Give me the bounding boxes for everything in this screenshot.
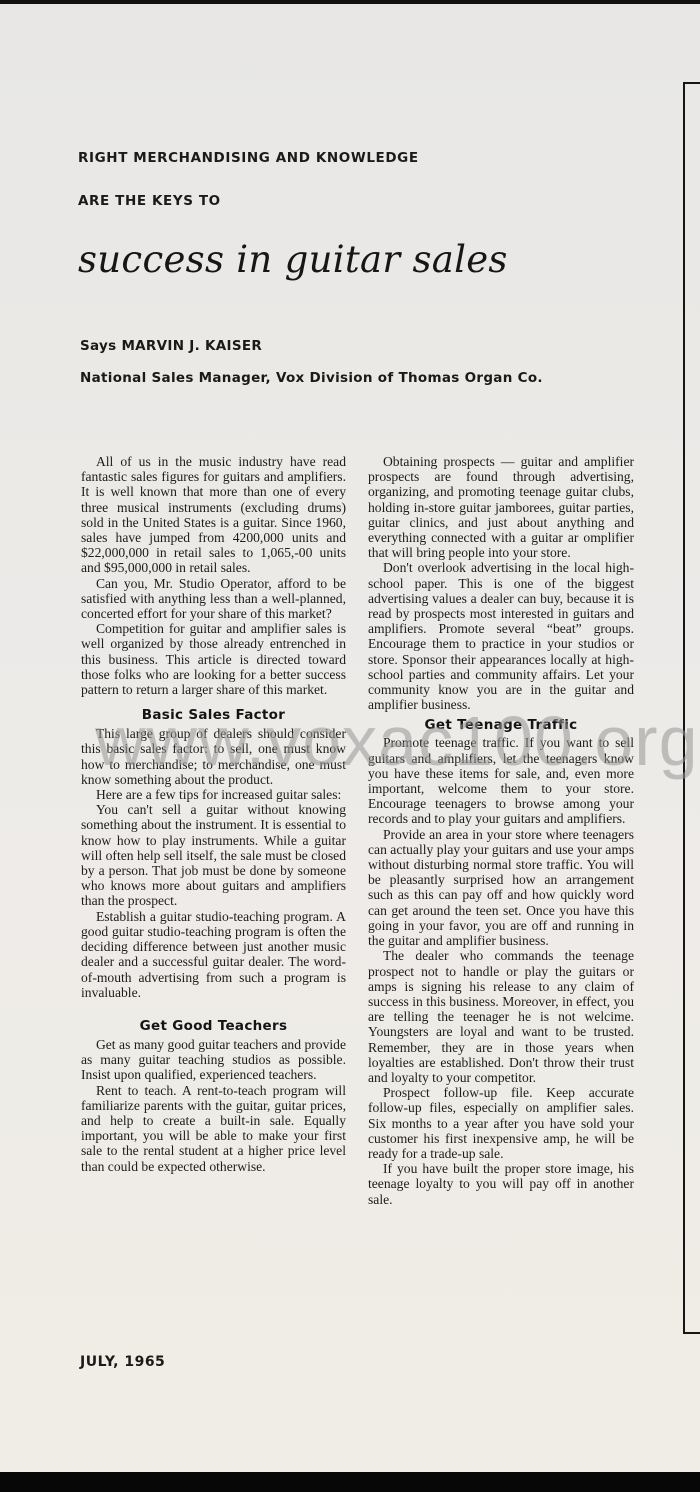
paragraph: Promote teenage traffic. If you want to … <box>368 735 634 826</box>
right-column: Obtaining prospects — guitar and amplifi… <box>368 454 634 1207</box>
paragraph: You can't sell a guitar without knowing … <box>81 802 346 908</box>
author-title: National Sales Manager, Vox Division of … <box>80 370 543 386</box>
paragraph: Don't overlook advertising in the local … <box>368 560 634 712</box>
page-edge-bracket <box>683 82 700 1334</box>
paragraph: Here are a few tips for increased guitar… <box>81 787 346 802</box>
paragraph: All of us in the music industry have rea… <box>81 454 346 576</box>
paragraph: Get as many good guitar teachers and pro… <box>81 1037 346 1083</box>
paragraph: Can you, Mr. Studio Operator, afford to … <box>81 576 346 622</box>
section-heading-get-teenage-traffic: Get Teenage Traffic <box>368 716 634 734</box>
paragraph: The dealer who commands the teenage pros… <box>368 948 634 1085</box>
paragraph: This large group of dealers should consi… <box>81 726 346 787</box>
left-column: All of us in the music industry have rea… <box>81 454 346 1174</box>
paragraph: Rent to teach. A rent-to-teach program w… <box>81 1083 346 1174</box>
paragraph: Establish a guitar studio-teaching progr… <box>81 909 346 1000</box>
section-heading-basic-sales-factor: Basic Sales Factor <box>81 706 346 724</box>
paragraph: Prospect follow-up file. Keep accurate f… <box>368 1085 634 1161</box>
scan-bottom-edge <box>0 1472 700 1492</box>
paragraph: Provide an area in your store where teen… <box>368 827 634 949</box>
paragraph: Obtaining prospects — guitar and amplifi… <box>368 454 634 560</box>
paragraph: If you have built the proper store image… <box>368 1161 634 1207</box>
kicker-line-2: ARE THE KEYS TO <box>78 193 221 209</box>
author-byline: Says MARVIN J. KAISER <box>80 338 262 354</box>
kicker-line-1: RIGHT MERCHANDISING AND KNOWLEDGE <box>78 150 419 166</box>
paragraph: Competition for guitar and amplifier sal… <box>81 621 346 697</box>
issue-date: JULY, 1965 <box>80 1354 165 1370</box>
article-headline: success in guitar sales <box>78 238 508 281</box>
section-heading-get-good-teachers: Get Good Teachers <box>81 1017 346 1035</box>
